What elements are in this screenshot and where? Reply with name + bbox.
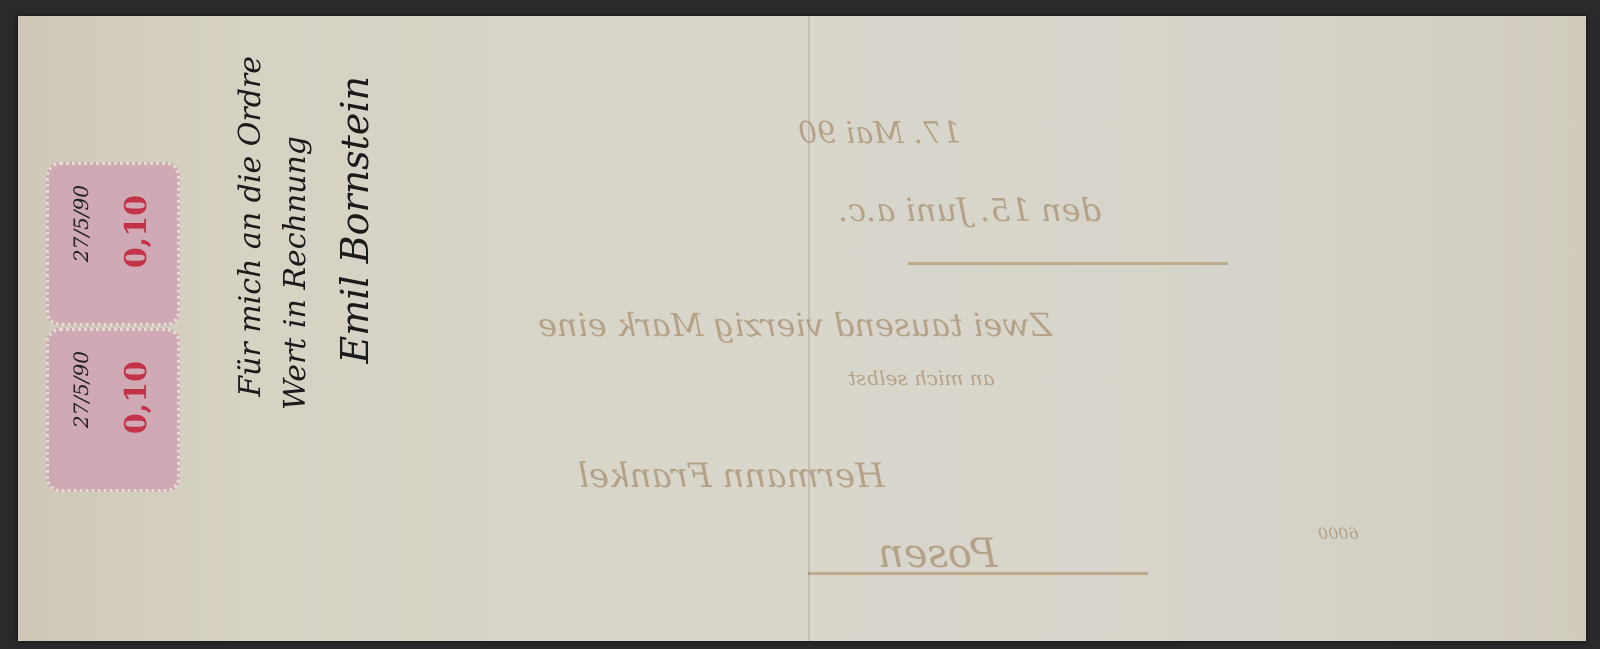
bleed-place: Posen xyxy=(878,531,997,577)
bleed-payee: Hermann Frankel xyxy=(578,456,885,496)
revenue-stamp-1: 0,10 27/5/90 xyxy=(46,162,180,326)
endorsement-line-1: Für mich an die Ordre xyxy=(233,56,268,397)
endorsement-line-2: Wert in Rechnung xyxy=(278,136,313,410)
rule-line xyxy=(808,572,1148,575)
bleed-amount: 6000 xyxy=(1318,524,1359,543)
stamp-cancel-date: 27/5/90 xyxy=(69,185,93,262)
stamp-value: 0,10 xyxy=(119,195,154,268)
stamp-value: 0,10 xyxy=(119,361,154,434)
bleed-due: den 15. Juni a.c. xyxy=(838,191,1101,229)
document-paper: 0,10 27/5/90 0,10 27/5/90 Für mich an di… xyxy=(18,16,1586,641)
stamp-cancel-date: 27/5/90 xyxy=(69,351,93,428)
endorser-signature: Emil Bornstein xyxy=(333,76,377,364)
bleed-order: an mich selbst xyxy=(848,366,995,390)
bleed-pay: Zwei tausend vierzig Mark eine xyxy=(538,306,1052,344)
rule-line xyxy=(908,262,1228,265)
bleed-date: 17. Mai 90 xyxy=(798,116,961,151)
revenue-stamp-2: 0,10 27/5/90 xyxy=(46,328,180,492)
